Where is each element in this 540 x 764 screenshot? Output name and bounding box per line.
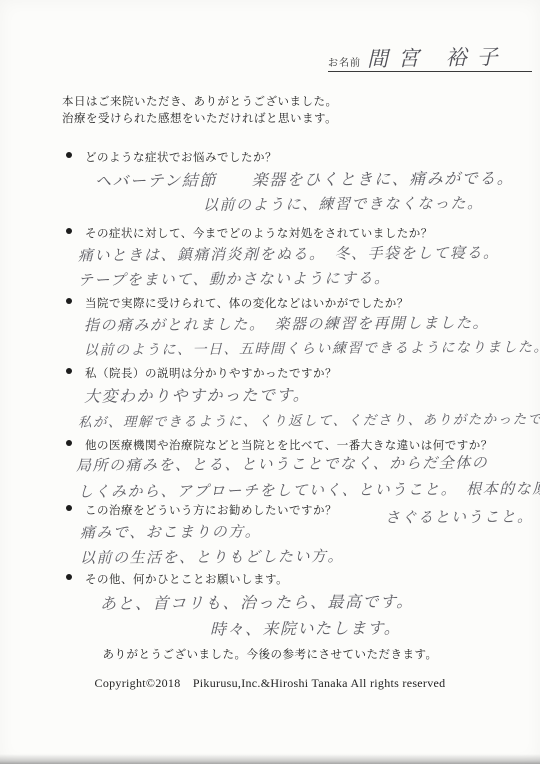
question-past-measures: その症状に対して、今までどのような対処をされていましたか？ <box>66 225 433 241</box>
question-label: 私（院長）の説明は分かりやすかったですか？ <box>85 368 337 380</box>
handwritten-answer: 大変わかりやすかったです。 <box>84 382 310 407</box>
handwritten-name: 間宮 裕子 <box>367 47 508 70</box>
bullet-icon <box>66 228 72 234</box>
bullet-icon <box>66 298 72 304</box>
handwritten-answer: 時々、来院いたします。 <box>210 615 401 639</box>
question-label: その症状に対して、今までどのような対処をされていましたか？ <box>85 228 433 240</box>
name-field-label: お名前 <box>328 54 361 69</box>
question-label: この治療をどういう方にお勧めしたいですか？ <box>85 505 337 517</box>
handwritten-answer: 痛いときは、鎮痛消炎剤をぬる。 冬、手袋をして寝る。 <box>78 242 500 266</box>
handwritten-answer: 痛みで、おこまりの方。 <box>80 520 261 542</box>
handwritten-answer: あと、首コリも、治ったら、最高です。 <box>100 589 414 614</box>
name-field: お名前 間宮 裕子 <box>328 48 532 72</box>
question-label: その他、何かひとことお願いします。 <box>85 574 288 586</box>
question-body-change: 当院で実際に受けられて、体の変化などはいかがでしたか？ <box>66 295 409 311</box>
bullet-icon <box>66 152 72 158</box>
question-label: どのような症状でお悩みでしたか？ <box>85 152 277 164</box>
bullet-icon <box>66 574 72 580</box>
scan-edge-shadow <box>0 754 540 764</box>
bullet-icon <box>66 368 72 374</box>
closing-text: ありがとうございました。今後の参考にさせていただきます。 <box>0 646 540 662</box>
question-symptoms: どのような症状でお悩みでしたか？ <box>66 149 277 165</box>
handwritten-answer: ヘバーテン結節 楽器をひくときに、痛みがでる。 <box>95 166 514 192</box>
question-recommend-to: この治療をどういう方にお勧めしたいですか？ <box>66 502 337 518</box>
handwritten-answer: さぐるということ。 <box>385 505 534 527</box>
intro-text: 本日はご来院いただき、ありがとうございました。 治療を受けられた感想をいただけれ… <box>62 94 338 128</box>
question-label: 当院で実際に受けられて、体の変化などはいかがでしたか？ <box>85 298 409 310</box>
scanned-feedback-form: お名前 間宮 裕子 本日はご来院いただき、ありがとうございました。 治療を受けら… <box>0 0 540 764</box>
handwritten-answer: しくみから、アプローチをしていく、ということ。 根本的な原因を <box>78 477 540 502</box>
copyright-text: Copyright©2018 Pikurusu,Inc.&Hiroshi Tan… <box>0 674 540 691</box>
question-label: 他の医療機関や治療院などと当院とを比べて、一番大きな違いは何ですか？ <box>85 440 493 452</box>
question-explanation-clarity: 私（院長）の説明は分かりやすかったですか？ <box>66 365 337 381</box>
bullet-icon <box>66 440 72 446</box>
question-biggest-difference: 他の医療機関や治療院などと当院とを比べて、一番大きな違いは何ですか？ <box>66 437 493 453</box>
intro-line-2: 治療を受けられた感想をいただければと思います。 <box>62 111 338 128</box>
handwritten-answer: 以前のように、一日、五時間くらい練習できるようになりました。 <box>84 336 540 359</box>
handwritten-answer: 私が、理解できるように、くり返して、くださり、ありがたかったです。 <box>78 407 540 430</box>
handwritten-answer: 以前のように、練習できなくなった。 <box>203 192 484 215</box>
handwritten-answer: 以前の生活を、とりもどしたい方。 <box>80 545 344 568</box>
bullet-icon <box>66 505 72 511</box>
handwritten-answer: 指の痛みがとれました。 楽器の練習を再開しました。 <box>84 312 489 336</box>
intro-line-1: 本日はご来院いただき、ありがとうございました。 <box>62 94 338 111</box>
handwritten-answer: テープをまいて、動かさないようにする。 <box>78 267 391 290</box>
handwritten-answer: 局所の痛みを、とる、ということでなく、からだ全体の <box>76 452 488 476</box>
question-final-comment: その他、何かひとことお願いします。 <box>66 571 288 587</box>
